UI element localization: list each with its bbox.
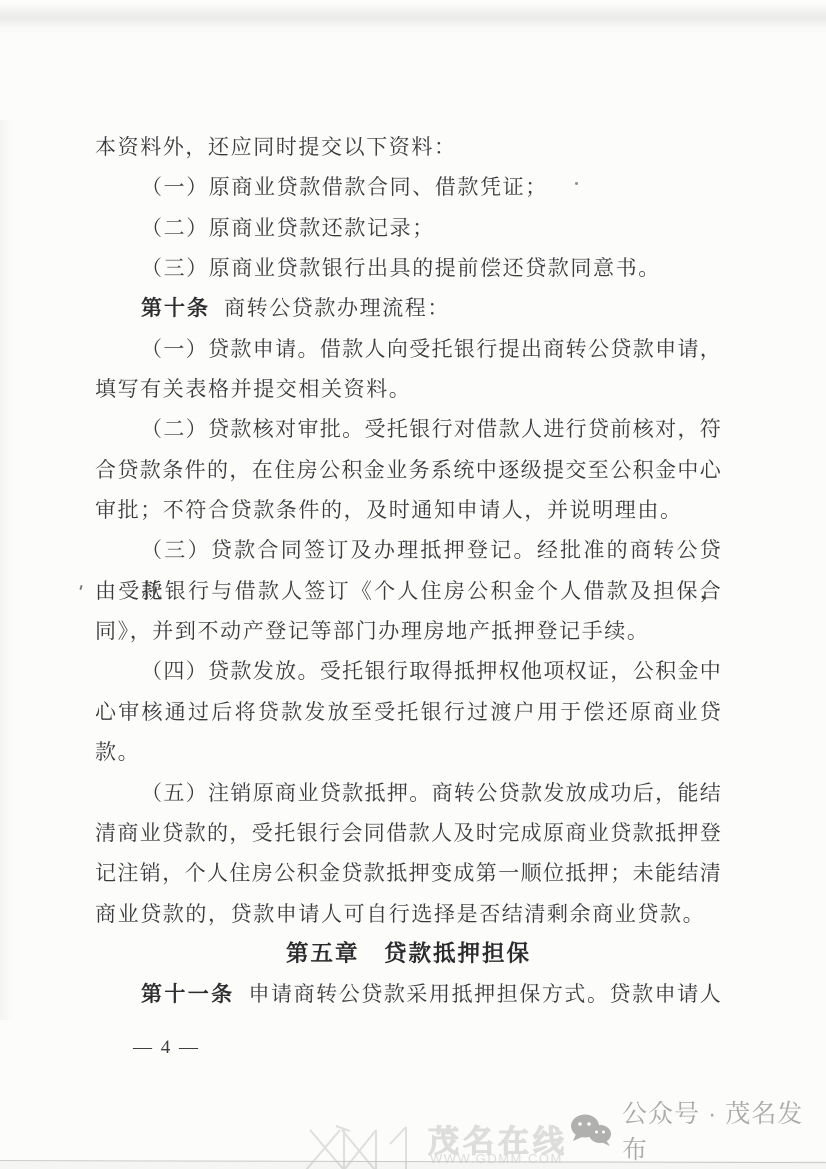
page-number: — 4 —: [133, 1032, 200, 1064]
text-line: 审批；不符合贷款条件的，及时通知申请人，并说明理由。: [95, 490, 722, 530]
list-item: （二）原商业贷款还款记录；: [95, 208, 722, 248]
text-line: （四）贷款发放。受托银行取得抵押权他项权证，公积金中: [95, 651, 722, 691]
text-line: （二）贷款核对审批。受托银行对借款人进行贷前核对，符: [95, 409, 722, 449]
text-line: 心审核通过后将贷款发放至受托银行过渡户用于偿还原商业贷: [95, 692, 722, 732]
text-line: 填写有关表格并提交相关资料。: [95, 369, 722, 409]
text-line: （五）注销原商业贷款抵押。商转公贷款发放成功后，能结: [95, 773, 722, 813]
text-line: 商业贷款的，贷款申请人可自行选择是否结清剩余商业贷款。: [95, 894, 722, 934]
scan-speck: [575, 182, 578, 185]
scan-artifact-left: [0, 120, 14, 1020]
wechat-account-badge: 公众号 · 茂名发布: [570, 1108, 826, 1152]
text-line: 同》，并到不动产登记等部门办理房地产抵押登记手续。: [95, 611, 722, 651]
text-line: 由受托银行与借款人签订《个人住房公积金个人借款及担保合: [95, 571, 722, 611]
document-body: 本资料外，还应同时提交以下资料： （一）原商业贷款借款合同、借款凭证； （二）原…: [95, 127, 722, 1015]
text-line: （一）贷款申请。借款人向受托银行提出商转公贷款申请，: [95, 329, 722, 369]
list-item: （三）原商业贷款银行出具的提前偿还贷款同意书。: [95, 248, 722, 288]
text-line: 本资料外，还应同时提交以下资料：: [95, 127, 722, 167]
article-number: 第十一条: [141, 983, 234, 1006]
article-line: 第十一条申请商转公贷款采用抵押担保方式。贷款申请人: [95, 974, 722, 1014]
wechat-account-label: 公众号 · 茂名发布: [622, 1094, 826, 1166]
scan-artifact-top: [0, 3, 826, 33]
text-line: 款。: [95, 732, 722, 772]
article-number: 第十条: [141, 297, 210, 320]
scan-edge-area: [0, 1161, 826, 1169]
wechat-icon: [570, 1113, 612, 1147]
text-line: 合贷款条件的，在住房公积金业务系统中逐级提交至公积金中心: [95, 450, 722, 490]
scanned-document-page: 本资料外，还应同时提交以下资料： （一）原商业贷款借款合同、借款凭证； （二）原…: [0, 0, 826, 1169]
list-item: （一）原商业贷款借款合同、借款凭证；: [95, 167, 722, 207]
article-line: 第十条商转公贷款办理流程：: [95, 288, 722, 328]
text-line: （三）贷款合同签订及办理抵押登记。经批准的商转公贷款，: [95, 530, 722, 570]
article-title: 商转公贷款办理流程：: [224, 296, 450, 320]
article-text: 申请商转公贷款采用抵押担保方式。贷款申请人: [248, 982, 722, 1006]
text-line: 记注销，个人住房公积金贷款抵押变成第一顺位抵押；未能结清: [95, 853, 722, 893]
text-line: 清商业贷款的，受托银行会同借款人及时完成原商业贷款抵押登: [95, 813, 722, 853]
chapter-heading: 第五章 贷款抵押担保: [95, 934, 722, 974]
scan-speck: [79, 585, 82, 590]
